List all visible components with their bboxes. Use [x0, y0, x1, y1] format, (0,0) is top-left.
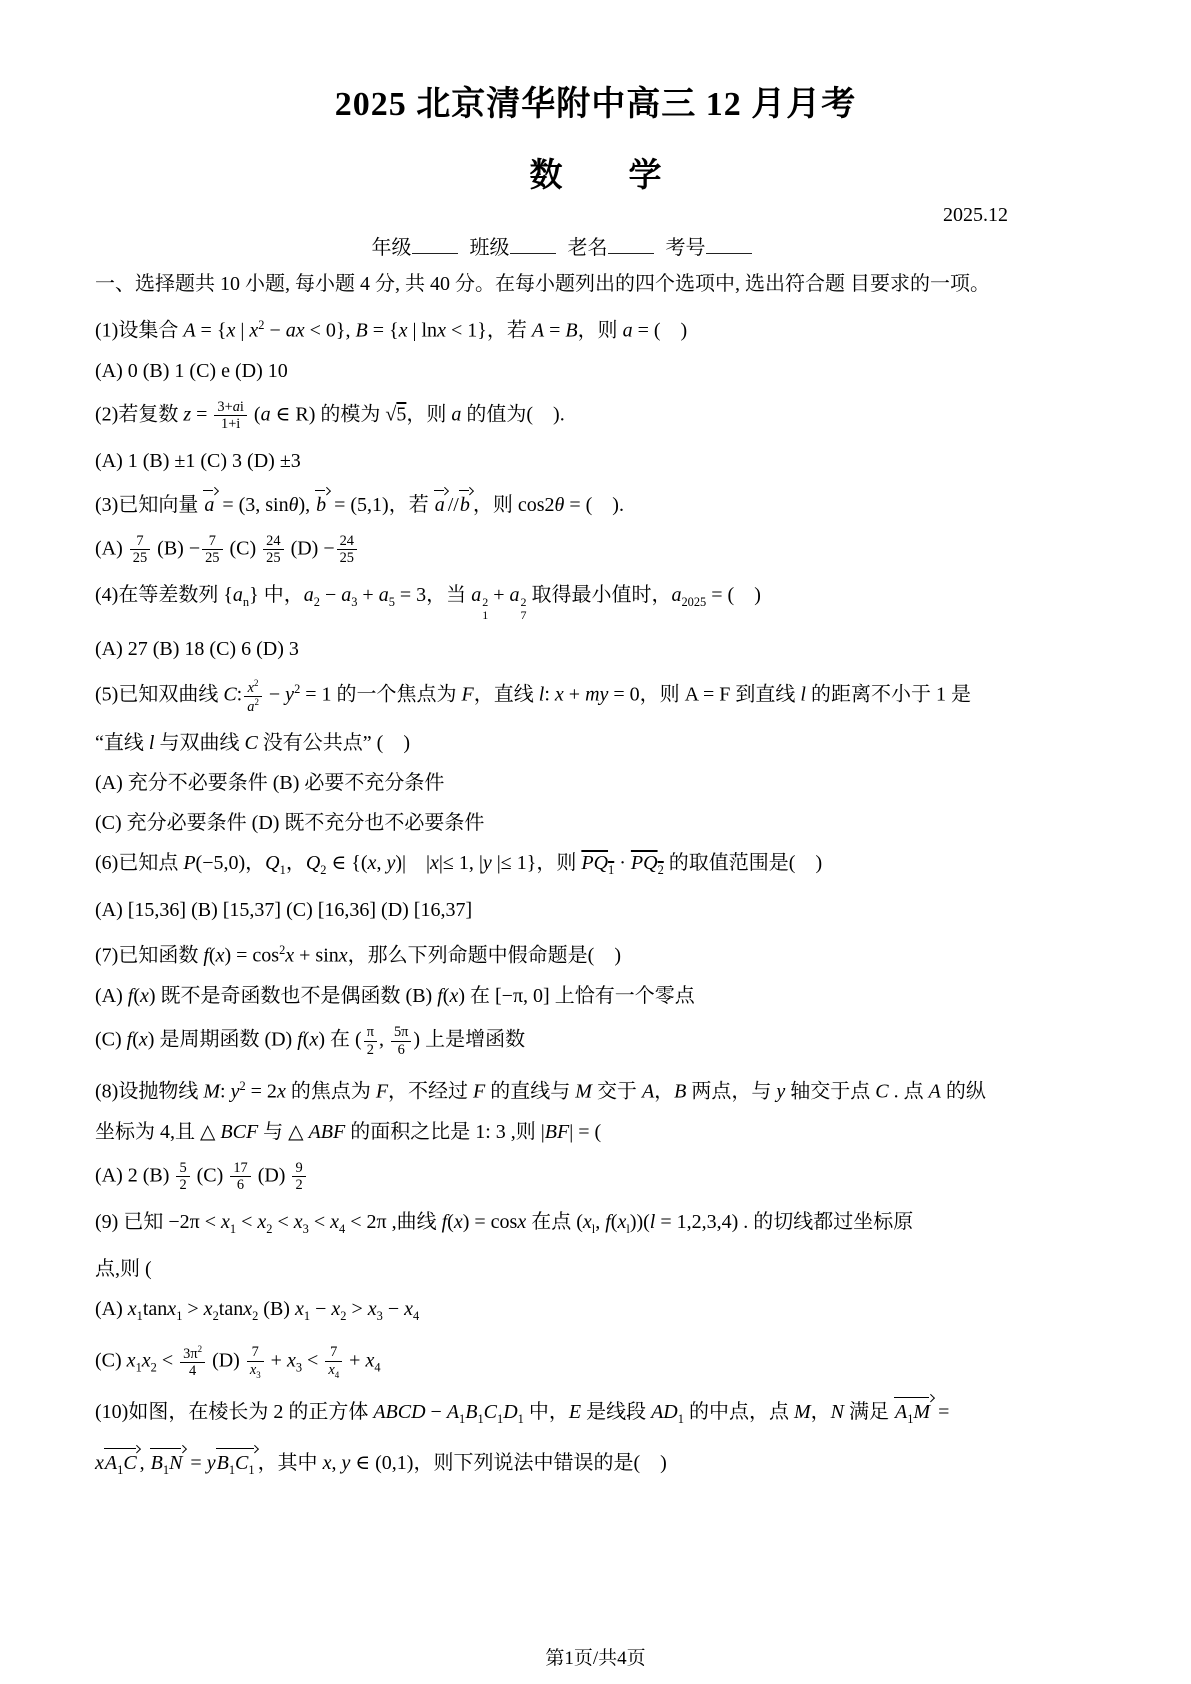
exam-date: 2025.12 [95, 204, 1096, 227]
exam-page: 2025 北京清华附中高三 12 月月考 数 学 2025.12 年级班级老名考… [0, 0, 1191, 1684]
student-field: 老名 [568, 237, 654, 259]
question-9-stem-line-2: 点,则 ( [95, 1257, 1096, 1281]
question-9-options-cd: (C) x1x2 < 3π24 (D) 7x3 + x3 < 7x4 + x4 [95, 1344, 1096, 1380]
student-field-blank [412, 238, 458, 254]
question-10-stem-line-1: (10)如图，在棱长为 2 的正方体 ABCD − A1B1C1D1 中，E 是… [95, 1396, 1096, 1431]
page-title: 2025 北京清华附中高三 12 月月考 [95, 76, 1096, 125]
student-field: 考号 [666, 237, 752, 259]
question-3-options: (A) 725 (B) −725 (C) 2425 (D) −2425 [95, 533, 1096, 567]
question-4-options: (A) 27 (B) 18 (C) 6 (D) 3 [95, 637, 1096, 661]
question-9-stem-line-1: (9) 已知 −2π < x1 < x2 < x3 < x4 < 2π ,曲线 … [95, 1210, 1096, 1241]
question-2-stem: (2)若复数 z = 3+ai1+i (a ∈ R) 的模为 √5，则 a 的值… [95, 399, 1096, 433]
question-8-options: (A) 2 (B) 52 (C) 176 (D) 92 [95, 1160, 1096, 1194]
question-1-options: (A) 0 (B) 1 (C) e (D) 10 [95, 359, 1096, 383]
question-5-options-ab: (A) 充分不必要条件 (B) 必要不充分条件 [95, 771, 1096, 795]
question-3-stem: (3)已知向量 a = (3, sinθ), b = (5,1)，若 a//b，… [95, 489, 1096, 517]
subject-title: 数 学 [95, 149, 1096, 196]
question-7-options-cd: (C) f(x) 是周期函数 (D) f(x) 在 (π2, 5π6) 上是增函… [95, 1024, 1096, 1058]
student-field: 年级 [372, 237, 458, 259]
student-field-label: 年级 [372, 237, 412, 259]
question-7-stem: (7)已知函数 f(x) = cos2x + sinx，那么下列命题中假命题是(… [95, 938, 1096, 968]
student-field-label: 老名 [568, 237, 608, 259]
question-7-options-ab: (A) f(x) 既不是奇函数也不是偶函数 (B) f(x) 在 [−π, 0]… [95, 984, 1096, 1008]
question-10-stem-line-2: xA1C, B1N = yB1C1，其中 x, y ∈ (0,1)，则下列说法中… [95, 1447, 1096, 1482]
question-5-stem-line-1: (5)已知双曲线 C:x2a2 − y2 = 1 的一个焦点为 F，直线 l: … [95, 677, 1096, 715]
question-8-stem-line-1: (8)设抛物线 M: y2 = 2x 的焦点为 F，不经过 F 的直线与 M 交… [95, 1074, 1096, 1104]
question-9-options-ab: (A) x1tanx1 > x2tanx2 (B) x1 − x2 > x3 −… [95, 1297, 1096, 1328]
section-instructions: 一、选择题共 10 小题, 每小题 4 分, 共 40 分。在每小题列出的四个选… [95, 272, 1096, 296]
student-info-row: 年级班级老名考号 [61, 231, 1062, 260]
question-4-stem: (4)在等差数列 {an} 中，a2 − a3 + a5 = 3，当 a21 +… [95, 583, 1096, 622]
student-field-blank [608, 238, 654, 254]
question-6-stem: (6)已知点 P(−5,0)，Q1，Q2 ∈ {(x, y)| |x|≤ 1, … [95, 851, 1096, 882]
page-number: 第1页/共4页 [0, 1643, 1191, 1670]
question-6-options: (A) [15,36] (B) [15,37] (C) [16,36] (D) … [95, 898, 1096, 922]
question-5-options-cd: (C) 充分必要条件 (D) 既不充分也不必要条件 [95, 811, 1096, 835]
question-1-stem: (1)设集合 A = {x | x2 − ax < 0}, B = {x | l… [95, 313, 1096, 343]
question-2-options: (A) 1 (B) ±1 (C) 3 (D) ±3 [95, 449, 1096, 473]
student-field-blank [706, 238, 752, 254]
question-5-stem-line-2: “直线 l 与双曲线 C 没有公共点” ( ) [95, 731, 1096, 755]
student-field-blank [510, 238, 556, 254]
student-field-label: 班级 [470, 237, 510, 259]
student-field-label: 考号 [666, 237, 706, 259]
question-8-stem-line-2: 坐标为 4,且 △ BCF 与 △ ABF 的面积之比是 1: 3 ,则 |BF… [95, 1120, 1096, 1144]
questions: (1)设集合 A = {x | x2 − ax < 0}, B = {x | l… [95, 313, 1096, 1482]
student-field: 班级 [470, 237, 556, 259]
